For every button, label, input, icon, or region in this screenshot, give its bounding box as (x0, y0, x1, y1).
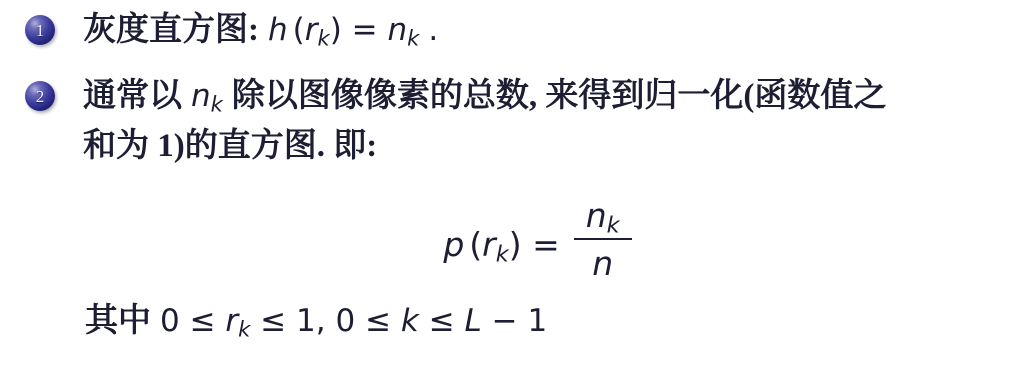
constraint-line: 其中0 ≤ rk ≤ 1, 0 ≤ k ≤ L − 1 (85, 297, 547, 347)
item-2-text: 通常以nk除以图像像素的总数, 来得到归一化(函数值之 和为 1)的直方图. 即… (83, 72, 886, 172)
item-2-inline-math: nk (191, 78, 223, 114)
bullet-ball-1: 1 (25, 15, 55, 45)
slide: 1 灰度直方图:h(rk) = nk. 2 通常以nk除以图像像素的总数, 来得… (0, 0, 1019, 369)
item-2-line-1: 通常以nk除以图像像素的总数, 来得到归一化(函数值之 (83, 72, 886, 122)
item-1-formula: h(rk) = nk. (268, 12, 438, 48)
display-formula: p(rk) =nkn (443, 206, 631, 287)
list-item-1: 1 灰度直方图:h(rk) = nk. (25, 6, 438, 56)
constraint-math: 0 ≤ rk ≤ 1, 0 ≤ k ≤ L − 1 (160, 303, 547, 339)
display-formula-row: p(rk) =nkn (0, 206, 1019, 287)
bullet-ball-2: 2 (25, 81, 55, 111)
item-1-cjk-text: 灰度直方图: (83, 12, 259, 48)
item-2-line-2: 和为 1)的直方图. 即: (83, 122, 886, 172)
item-2-line-1-pre: 通常以 (83, 78, 182, 114)
item-1-text: 灰度直方图:h(rk) = nk. (83, 6, 438, 56)
list-item-2: 2 通常以nk除以图像像素的总数, 来得到归一化(函数值之 和为 1)的直方图.… (25, 72, 886, 172)
fraction-denominator: n (574, 238, 632, 286)
bullet-number-2: 2 (36, 88, 45, 105)
constraint-prefix: 其中 (85, 303, 151, 339)
bullet-number-1: 1 (36, 22, 45, 39)
fraction: nkn (574, 196, 632, 287)
item-1-line-1: 灰度直方图:h(rk) = nk. (83, 6, 438, 56)
item-2-line-1-post: 除以图像像素的总数, 来得到归一化(函数值之 (232, 78, 887, 114)
fraction-numerator: nk (574, 196, 632, 238)
